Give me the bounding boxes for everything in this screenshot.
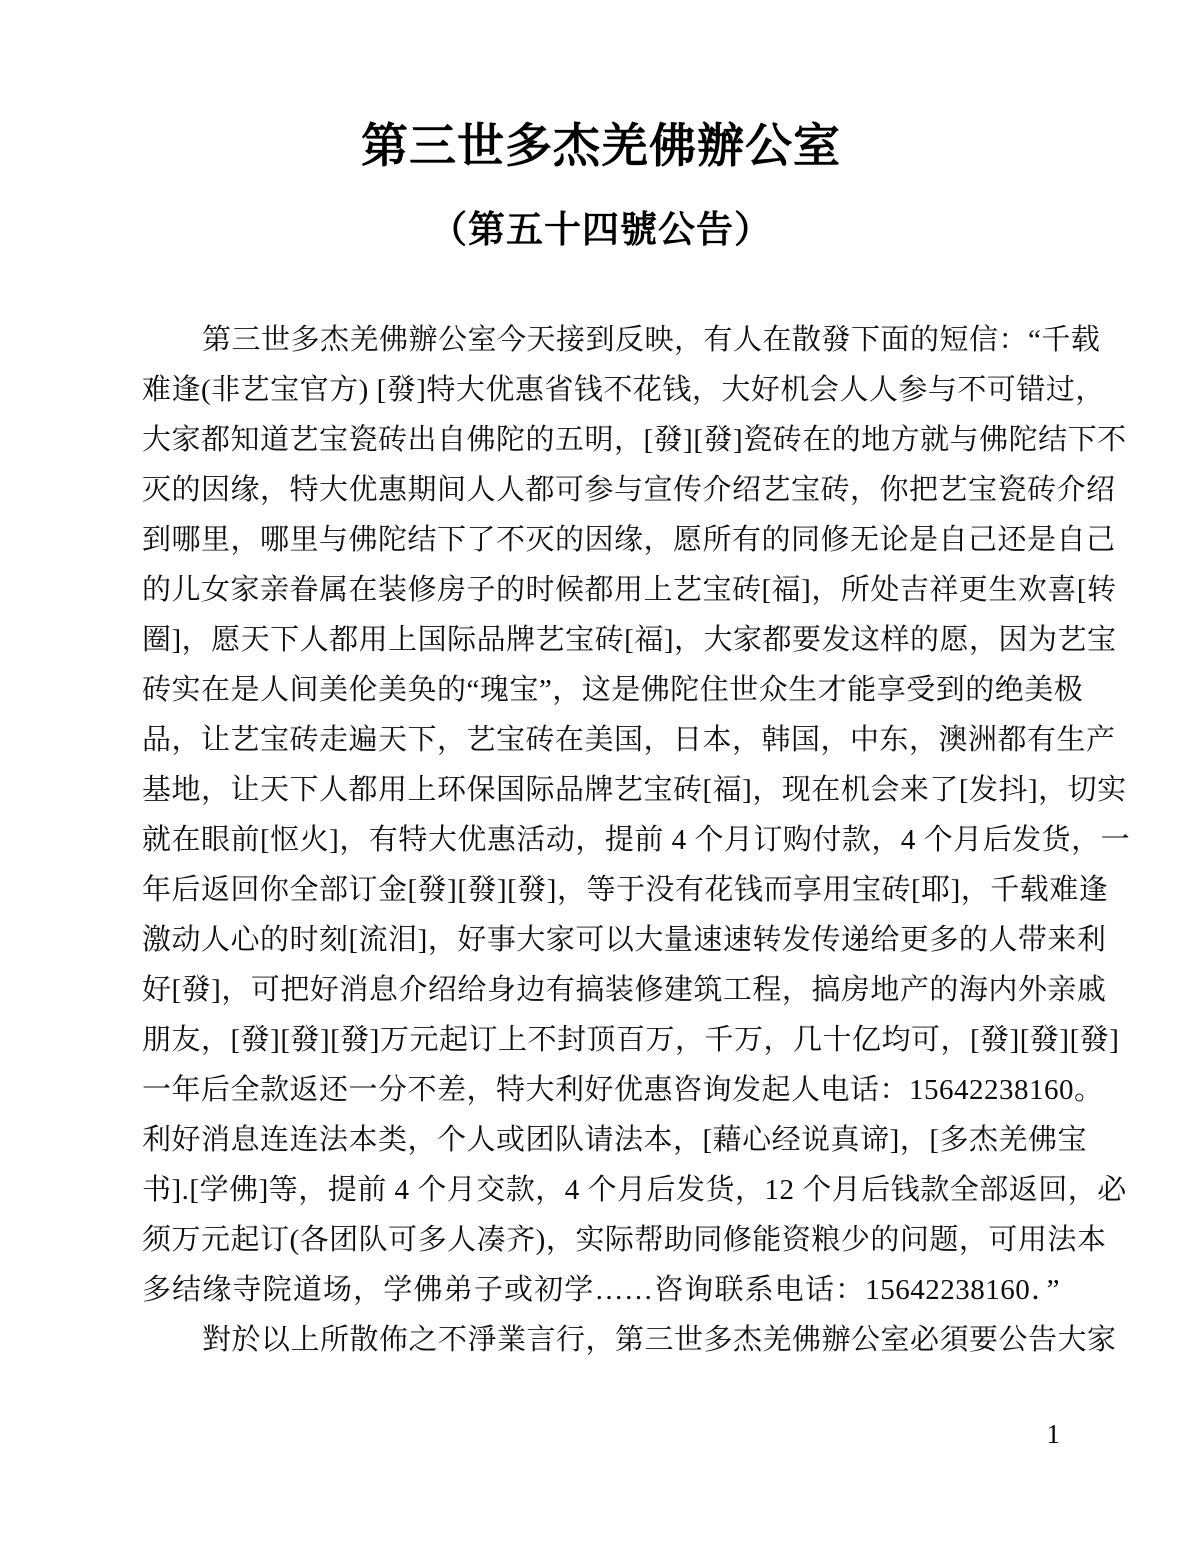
body-line: 大家都知道艺宝瓷砖出自佛陀的五明，[發][發]瓷砖在的地方就与佛陀结下不 [142, 415, 1060, 465]
body-line: 灭的因缘，特大优惠期间人人都可参与宣传介绍艺宝砖，你把艺宝瓷砖介绍 [142, 465, 1060, 515]
body-line: 须万元起订(各团队可多人凑齐)，实际帮助同修能资粮少的问题，可用法本 [142, 1215, 1060, 1265]
body-line: 利好消息连连法本类，个人或团队请法本，[藉心经说真谛]，[多杰羌佛宝 [142, 1115, 1060, 1165]
body-line: 到哪里，哪里与佛陀结下了不灭的因缘，愿所有的同修无论是自己还是自己 [142, 515, 1060, 565]
document-body: 第三世多杰羌佛辦公室今天接到反映，有人在散發下面的短信：“千载难逢(非艺宝官方)… [142, 315, 1060, 1365]
document-content: 第三世多杰羌佛辦公室 （第五十四號公告） 第三世多杰羌佛辦公室今天接到反映，有人… [142, 0, 1060, 1365]
body-line: 好[發]，可把好消息介绍给身边有搞装修建筑工程，搞房地产的海内外亲戚 [142, 965, 1060, 1015]
body-line: 多结缘寺院道场，学佛弟子或初学……咨询联系电话：15642238160．” [142, 1265, 1060, 1315]
body-line: 的儿女家亲眷属在装修房子的时候都用上艺宝砖[福]，所处吉祥更生欢喜[转 [142, 565, 1060, 615]
body-line: 品，让艺宝砖走遍天下，艺宝砖在美国，日本，韩国，中东，澳洲都有生产 [142, 715, 1060, 765]
body-line: 圈]，愿天下人都用上国际品牌艺宝砖[福]，大家都要发这样的愿，因为艺宝 [142, 615, 1060, 665]
page-number: 1 [1047, 1418, 1061, 1450]
document-page: 第三世多杰羌佛辦公室 （第五十四號公告） 第三世多杰羌佛辦公室今天接到反映，有人… [0, 0, 1200, 1552]
body-line: 书].[学佛]等，提前 4 个月交款，4 个月后发货，12 个月后钱款全部返回，… [142, 1165, 1060, 1215]
body-line: 砖实在是人间美伦美奂的“瑰宝”，这是佛陀住世众生才能享受到的绝美极 [142, 665, 1060, 715]
document-subtitle: （第五十四號公告） [142, 209, 1060, 253]
body-line: 基地，让天下人都用上环保国际品牌艺宝砖[福]，现在机会来了[发抖]，切实 [142, 765, 1060, 815]
body-line: 第三世多杰羌佛辦公室今天接到反映，有人在散發下面的短信：“千载 [142, 315, 1060, 365]
body-line: 對於以上所散佈之不淨業言行，第三世多杰羌佛辦公室必須要公告大家 [142, 1315, 1060, 1365]
body-line: 难逢(非艺宝官方) [發]特大优惠省钱不花钱，大好机会人人参与不可错过， [142, 365, 1060, 415]
body-line: 激动人心的时刻[流泪]，好事大家可以大量速速转发传递给更多的人带来利 [142, 915, 1060, 965]
body-line: 年后返回你全部订金[發][發][發]，等于没有花钱而享用宝砖[耶]，千载难逢 [142, 865, 1060, 915]
document-title: 第三世多杰羌佛辦公室 [142, 118, 1060, 177]
body-line: 朋友，[發][發][發]万元起订上不封顶百万，千万，几十亿均可，[發][發][發… [142, 1015, 1060, 1065]
body-line: 一年后全款返还一分不差，特大利好优惠咨询发起人电话：15642238160。 [142, 1065, 1060, 1115]
body-line: 就在眼前[怄火]，有特大优惠活动，提前 4 个月订购付款，4 个月后发货，一 [142, 815, 1060, 865]
